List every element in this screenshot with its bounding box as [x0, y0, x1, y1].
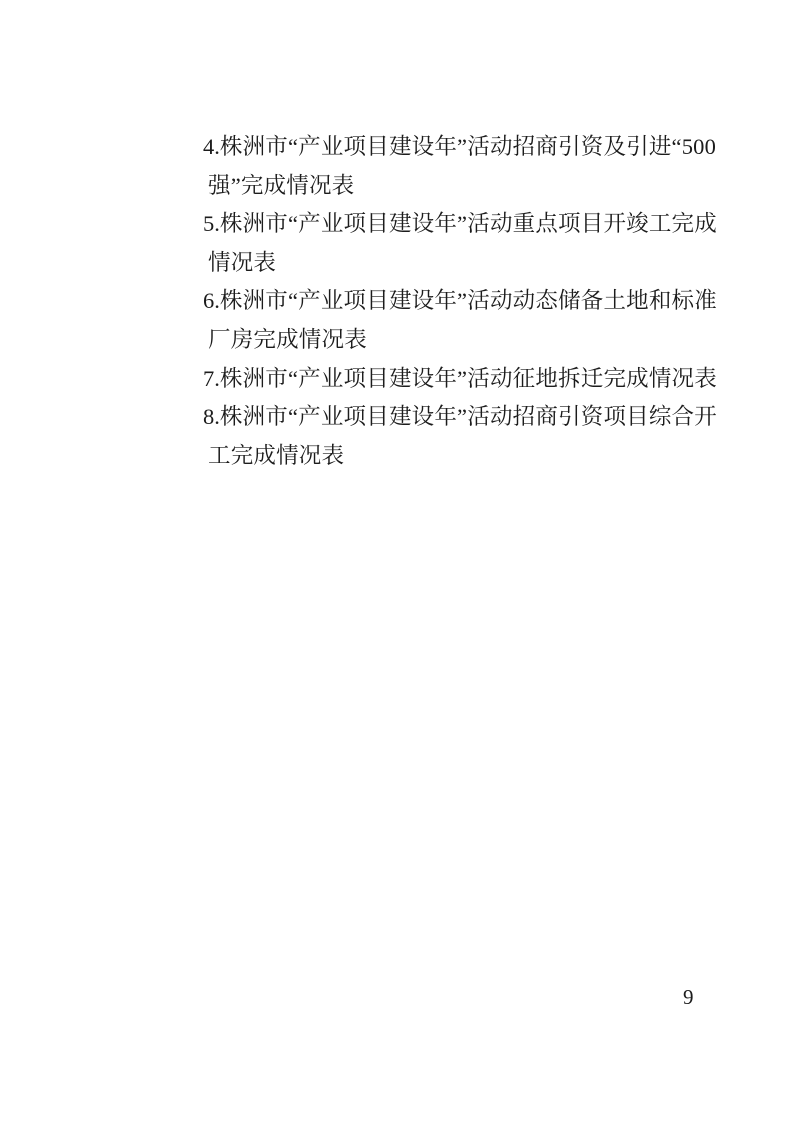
item-number: 7. [203, 366, 220, 391]
list-item-7-line1: 7.株洲市“产业项目建设年”活动征地拆迁完成情况表 [0, 360, 793, 399]
list-item-8-line1: 8.株洲市“产业项目建设年”活动招商引资项目综合开 [0, 398, 793, 437]
item-text: 强”完成情况表 [208, 173, 354, 198]
item-number: 4. [203, 134, 220, 159]
item-text: 株洲市“产业项目建设年”活动动态储备土地和标准 [220, 288, 717, 313]
list-item-6-line1: 6.株洲市“产业项目建设年”活动动态储备土地和标准 [0, 282, 793, 321]
list-item-4-line1: 4.株洲市“产业项目建设年”活动招商引资及引进“500 [0, 128, 793, 167]
page-number: 9 [683, 985, 694, 1009]
item-text: 工完成情况表 [208, 443, 344, 468]
item-number: 6. [203, 288, 220, 313]
list-item-4-line2: 强”完成情况表 [0, 167, 793, 206]
attachment-list: 4.株洲市“产业项目建设年”活动招商引资及引进“500 强”完成情况表 5.株洲… [0, 128, 793, 475]
list-item-8-line2: 工完成情况表 [0, 437, 793, 476]
list-item-6-line2: 厂房完成情况表 [0, 321, 793, 360]
list-item-5-line2: 情况表 [0, 244, 793, 283]
item-number: 8. [203, 404, 220, 429]
item-text: 情况表 [208, 250, 276, 275]
list-item-5-line1: 5.株洲市“产业项目建设年”活动重点项目开竣工完成 [0, 205, 793, 244]
item-text: 株洲市“产业项目建设年”活动招商引资项目综合开 [220, 404, 717, 429]
document-page: 4.株洲市“产业项目建设年”活动招商引资及引进“500 强”完成情况表 5.株洲… [0, 0, 793, 1122]
item-text: 株洲市“产业项目建设年”活动招商引资及引进“500 [220, 134, 716, 159]
item-number: 5. [203, 211, 220, 236]
item-text: 厂房完成情况表 [208, 327, 367, 352]
item-text: 株洲市“产业项目建设年”活动征地拆迁完成情况表 [220, 366, 717, 391]
item-text: 株洲市“产业项目建设年”活动重点项目开竣工完成 [220, 211, 717, 236]
